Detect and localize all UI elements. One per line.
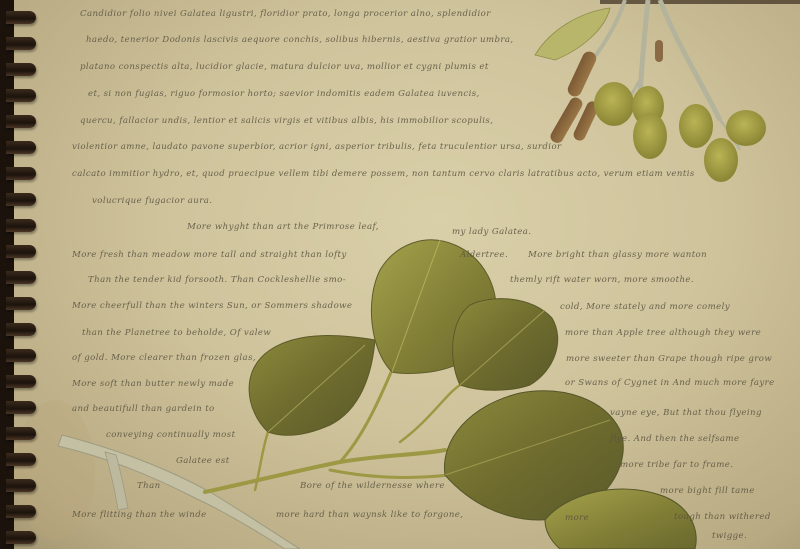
- handwritten-line: than the Planetree to beholde, Of valew: [82, 328, 271, 338]
- handwritten-line: More cheerfull than the winters Sun, or …: [72, 301, 352, 311]
- handwritten-line: Galatee est: [176, 456, 230, 466]
- alder-cone: [679, 104, 713, 148]
- handwritten-line: Bore of the wildernesse where: [300, 481, 445, 491]
- handwritten-line: quercu, fallacior undis, lentior et sali…: [80, 116, 493, 126]
- binding-ring: [6, 11, 36, 24]
- handwritten-line: themly rift water worn, more smoothe.: [510, 275, 694, 285]
- handwritten-line: of gold. More clearer than frozen glas,: [72, 353, 256, 363]
- binding-ring: [6, 479, 36, 492]
- handwritten-line: calcato immitior hydro, et, quod praecip…: [72, 169, 695, 179]
- handwritten-line: vayne eye, But that thou flyeing: [610, 408, 762, 418]
- handwritten-line: Than the tender kid forsooth. Than Cockl…: [88, 275, 346, 285]
- handwritten-line: violentior amne, laudato pavone superbio…: [72, 142, 562, 152]
- binding-ring: [6, 245, 36, 258]
- handwritten-line: Than: [137, 481, 161, 491]
- binding-ring: [6, 323, 36, 336]
- handwritten-line: or Swans of Cygnet in And much more fayr…: [565, 378, 775, 388]
- handwritten-line: More flitting than the winde: [72, 510, 207, 520]
- sketchbook-page: Candidior folio nivei Galatea ligustri, …: [0, 0, 800, 549]
- handwritten-line: platano conspectis alta, lucidior glacie…: [80, 62, 489, 72]
- catkin-bud: [655, 40, 663, 62]
- handwritten-line: Candidior folio nivei Galatea ligustri, …: [80, 9, 491, 19]
- handwritten-line: More whyght than art the Primrose leaf,: [187, 222, 379, 232]
- handwritten-line: more: [565, 513, 589, 523]
- binding-ring: [6, 427, 36, 440]
- binding-ring: [6, 349, 36, 362]
- binding-ring: [6, 271, 36, 284]
- alder-cone: [594, 82, 634, 126]
- handwritten-line: twigge.: [712, 531, 747, 541]
- binding-ring: [6, 531, 36, 544]
- handwritten-line: more tribe far to frame.: [620, 460, 733, 470]
- binding-ring: [6, 219, 36, 232]
- handwritten-line: More bright than glassy more wanton: [528, 250, 707, 260]
- handwritten-line: More fresh than meadow more tall and str…: [72, 250, 347, 260]
- binding-ring: [6, 37, 36, 50]
- binding-ring: [6, 167, 36, 180]
- handwritten-line: more hard than waynsk like to forgone,: [276, 510, 463, 520]
- alder-cone: [726, 110, 766, 146]
- handwritten-line: and beautifull than gardein to: [72, 404, 215, 414]
- binding-ring: [6, 297, 36, 310]
- handwritten-line: haedo, tenerior Dodonis lascivis aequore…: [86, 35, 514, 45]
- binding-ring: [6, 115, 36, 128]
- alder-cone: [704, 138, 738, 182]
- handwritten-line: more sweeter than Grape though ripe grow: [566, 354, 772, 364]
- handwritten-line: more than Apple tree although they were: [565, 328, 761, 338]
- handwritten-line: More soft than butter newly made: [72, 379, 234, 389]
- handwritten-line: flye. And then the selfsame: [610, 434, 739, 444]
- handwritten-line: cold, More stately and more comely: [560, 302, 730, 312]
- binding-ring: [6, 63, 36, 76]
- handwritten-line: conveying continually most: [106, 430, 235, 440]
- alder-cone: [633, 113, 667, 159]
- binding-ring: [6, 401, 36, 414]
- binding-ring: [6, 89, 36, 102]
- binding-ring: [6, 453, 36, 466]
- handwritten-line: my lady Galatea.: [452, 227, 531, 237]
- handwritten-line: volucrique fugacior aura.: [92, 196, 212, 206]
- binding-ring: [6, 141, 36, 154]
- catkin: [566, 49, 599, 98]
- handwritten-line: tough than withered: [674, 512, 771, 522]
- handwritten-line: Aldertree.: [460, 250, 508, 260]
- binding-ring: [6, 505, 36, 518]
- binding-ring: [6, 375, 36, 388]
- binding-ring: [6, 193, 36, 206]
- handwritten-line: more bight fill tame: [660, 486, 755, 496]
- handwritten-line: et, si non fugias, riguo formosior horto…: [88, 89, 480, 99]
